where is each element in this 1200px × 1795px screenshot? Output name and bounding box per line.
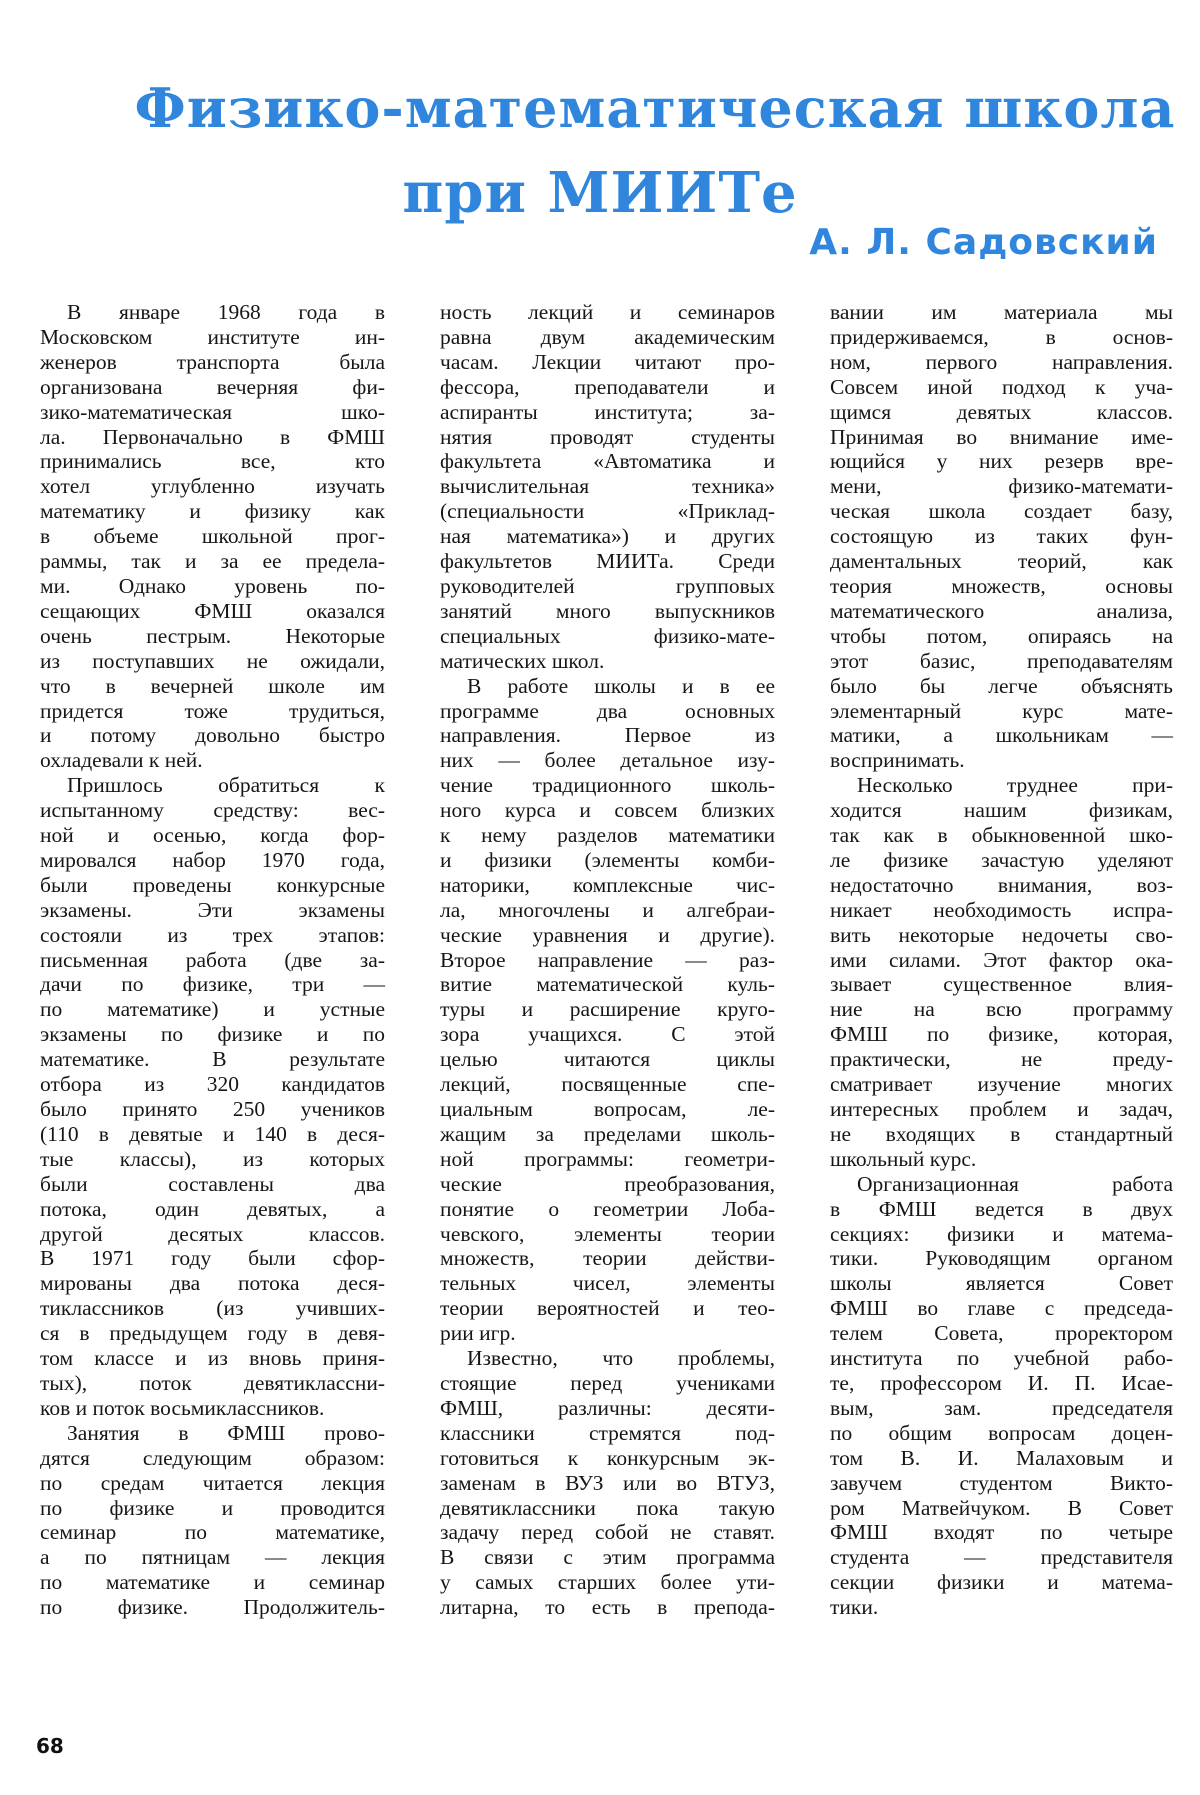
text-line: программе два основных — [440, 699, 775, 724]
text-line: Второе направление — раз- — [440, 948, 775, 973]
text-line: В работе школы и в ее — [440, 674, 775, 699]
text-line: щимся девятых классов. — [830, 400, 1173, 425]
text-line: девятиклассники пока такую — [440, 1496, 775, 1521]
text-line: письменная работа (две за- — [40, 948, 385, 973]
text-line: института по учебной рабо- — [830, 1346, 1173, 1371]
text-line: вании им материала мы — [830, 300, 1173, 325]
text-line: Известно, что проблемы, — [440, 1346, 775, 1371]
text-line: лекций, посвященные спе- — [440, 1072, 775, 1097]
text-line: было принято 250 учеников — [40, 1097, 385, 1122]
text-line: математику и физику как — [40, 499, 385, 524]
text-line: дятся следующим образом: — [40, 1446, 385, 1471]
text-line: школы является Совет — [830, 1271, 1173, 1296]
text-line: ной и осенью, когда фор- — [40, 823, 385, 848]
text-line: ФМШ по физике, которая, — [830, 1022, 1173, 1047]
text-line: ческие уравнения и другие). — [440, 923, 775, 948]
text-line: сещающих ФМШ оказался — [40, 599, 385, 624]
text-line: тых), поток девятиклассни- — [40, 1371, 385, 1396]
text-line: математике. В результате — [40, 1047, 385, 1072]
text-line: туры и расширение круго- — [440, 997, 775, 1022]
text-line: другой десятых классов. — [40, 1222, 385, 1247]
text-line: придерживаемся, в основ- — [830, 325, 1173, 350]
text-line: литарна, то есть в препода- — [440, 1595, 775, 1620]
text-line: были составлены два — [40, 1172, 385, 1197]
text-line: по средам читается лекция — [40, 1471, 385, 1496]
text-line: вым, зам. председателя — [830, 1396, 1173, 1421]
text-line: ром Матвейчуком. В Совет — [830, 1496, 1173, 1521]
article-author: А. Л. Садовский — [809, 222, 1158, 263]
text-line: понятие о геометрии Лоба- — [440, 1197, 775, 1222]
text-line: них — более детальное изу- — [440, 748, 775, 773]
text-line: руководителей групповых — [440, 574, 775, 599]
text-line: даментальных теорий, как — [830, 549, 1173, 574]
text-line: по общим вопросам доцен- — [830, 1421, 1173, 1446]
text-line: задачу перед собой не ставят. — [440, 1520, 775, 1545]
text-line: организована вечерняя фи- — [40, 375, 385, 400]
text-line: вить некоторые недочеты сво- — [830, 923, 1173, 948]
text-line: по физике. Продолжитель- — [40, 1595, 385, 1620]
text-line: ими силами. Этот фактор ока- — [830, 948, 1173, 973]
text-line: из поступавших не ожидали, — [40, 649, 385, 674]
text-column-2: ность лекций и семинаровравна двум акаде… — [440, 300, 775, 1620]
text-line: зико-математическая шко- — [40, 400, 385, 425]
text-line: воспринимать. — [830, 748, 1173, 773]
text-line: вычислительная техника» — [440, 474, 775, 499]
text-line: Организационная работа — [830, 1172, 1173, 1197]
text-line: к нему разделов математики — [440, 823, 775, 848]
text-line: тики. — [830, 1595, 1173, 1620]
text-line: ходится нашим физикам, — [830, 798, 1173, 823]
text-line: занятий много выпускников — [440, 599, 775, 624]
text-line: фессора, преподаватели и — [440, 375, 775, 400]
text-line: в объеме школьной прог- — [40, 524, 385, 549]
text-line: В январе 1968 года в — [40, 300, 385, 325]
text-line: состояли из трех этапов: — [40, 923, 385, 948]
text-line: ФМШ входят по четыре — [830, 1520, 1173, 1545]
text-line: теории вероятностей и тео- — [440, 1296, 775, 1321]
text-line: ном, первого направления. — [830, 350, 1173, 375]
text-line: женеров транспорта была — [40, 350, 385, 375]
text-line: том классе и из вновь приня- — [40, 1346, 385, 1371]
text-line: телем Совета, проректором — [830, 1321, 1173, 1346]
text-line: (110 в девятые и 140 в деся- — [40, 1122, 385, 1147]
text-line: ческая школа создает базу, — [830, 499, 1173, 524]
text-line: наторики, комплексные чис- — [440, 873, 775, 898]
text-line: чтобы потом, опираясь на — [830, 624, 1173, 649]
text-line: зора учащихся. С этой — [440, 1022, 775, 1047]
text-line: чевского, элементы теории — [440, 1222, 775, 1247]
text-line: студента — представителя — [830, 1545, 1173, 1570]
text-line: не входящих в стандартный — [830, 1122, 1173, 1147]
text-line: недостаточно внимания, воз- — [830, 873, 1173, 898]
text-line: математического анализа, — [830, 599, 1173, 624]
text-line: принимались все, кто — [40, 449, 385, 474]
text-line: направления. Первое из — [440, 723, 775, 748]
text-line: тиклассников (из учивших- — [40, 1296, 385, 1321]
text-line: специальных физико-мате- — [440, 624, 775, 649]
text-line: факультета «Автоматика и — [440, 449, 775, 474]
text-line: ков и поток восьмиклассников. — [40, 1396, 385, 1421]
text-line: тики. Руководящим органом — [830, 1246, 1173, 1271]
text-line: факультетов МИИТа. Среди — [440, 549, 775, 574]
text-line: по математике) и устные — [40, 997, 385, 1022]
text-line: (специальности «Приклад- — [440, 499, 775, 524]
text-line: Занятия в ФМШ прово- — [40, 1421, 385, 1446]
text-line: придется тоже трудиться, — [40, 699, 385, 724]
text-line: охладевали к ней. — [40, 748, 385, 773]
text-line: ческие преобразования, — [440, 1172, 775, 1197]
text-line: те, профессором И. П. Исае- — [830, 1371, 1173, 1396]
text-line: том В. И. Малаховым и — [830, 1446, 1173, 1471]
text-line: были проведены конкурсные — [40, 873, 385, 898]
text-line: экзамены по физике и по — [40, 1022, 385, 1047]
text-line: Пришлось обратиться к — [40, 773, 385, 798]
text-line: матики, а школьникам — — [830, 723, 1173, 748]
text-line: состоящую из таких фун- — [830, 524, 1173, 549]
text-line: завучем студентом Викто- — [830, 1471, 1173, 1496]
text-line: было бы легче объяснять — [830, 674, 1173, 699]
text-line: ся в предыдущем году в девя- — [40, 1321, 385, 1346]
text-line: у самых старших более ути- — [440, 1570, 775, 1595]
text-line: Несколько труднее при- — [830, 773, 1173, 798]
text-line: равна двум академическим — [440, 325, 775, 350]
text-line: ла, многочлены и алгебраи- — [440, 898, 775, 923]
text-line: семинар по математике, — [40, 1520, 385, 1545]
text-column-3: вании им материала мыпридерживаемся, в о… — [830, 300, 1173, 1620]
text-line: ле физике зачастую уделяют — [830, 848, 1173, 873]
article-title-line-1: Физико-математическая школа — [55, 76, 1200, 140]
text-line: В 1971 году были сфор- — [40, 1246, 385, 1271]
text-line: никает необходимость испра- — [830, 898, 1173, 923]
text-line: ми. Однако уровень по- — [40, 574, 385, 599]
text-line: отбора из 320 кандидатов — [40, 1072, 385, 1097]
text-line: В связи с этим программа — [440, 1545, 775, 1570]
text-column-1: В январе 1968 года вМосковском институте… — [40, 300, 385, 1620]
text-line: витие математической куль- — [440, 972, 775, 997]
text-line: тельных чисел, элементы — [440, 1271, 775, 1296]
text-line: ла. Первоначально в ФМШ — [40, 425, 385, 450]
text-line: экзамены. Эти экзамены — [40, 898, 385, 923]
text-line: рии игр. — [440, 1321, 775, 1346]
text-line: интересных проблем и задач, — [830, 1097, 1173, 1122]
text-line: Московском институте ин- — [40, 325, 385, 350]
text-line: и физики (элементы комби- — [440, 848, 775, 873]
text-line: ность лекций и семинаров — [440, 300, 775, 325]
text-line: ной программы: геометри- — [440, 1147, 775, 1172]
text-line: мени, физико-математи- — [830, 474, 1173, 499]
text-line: что в вечерней школе им — [40, 674, 385, 699]
text-line: секциях: физики и матема- — [830, 1222, 1173, 1247]
text-line: чение традиционного школь- — [440, 773, 775, 798]
text-line: зывает существенное влия- — [830, 972, 1173, 997]
text-line: испытанному средству: вес- — [40, 798, 385, 823]
text-line: в ФМШ ведется в двух — [830, 1197, 1173, 1222]
text-line: целью читаются циклы — [440, 1047, 775, 1072]
text-line: раммы, так и за ее предела- — [40, 549, 385, 574]
text-line: Совсем иной подход к уча- — [830, 375, 1173, 400]
text-line: заменам в ВУЗ или во ВТУЗ, — [440, 1471, 775, 1496]
text-line: тые классы), из которых — [40, 1147, 385, 1172]
text-line: по физике и проводится — [40, 1496, 385, 1521]
text-line: а по пятницам — лекция — [40, 1545, 385, 1570]
text-line: ФМШ во главе с председа- — [830, 1296, 1173, 1321]
text-line: потока, один девятых, а — [40, 1197, 385, 1222]
text-line: ющийся у них резерв вре- — [830, 449, 1173, 474]
text-line: мировался набор 1970 года, — [40, 848, 385, 873]
text-line: мированы два потока деся- — [40, 1271, 385, 1296]
text-line: очень пестрым. Некоторые — [40, 624, 385, 649]
text-line: ного курса и совсем близких — [440, 798, 775, 823]
text-line: секции физики и матема- — [830, 1570, 1173, 1595]
text-line: практически, не преду- — [830, 1047, 1173, 1072]
text-line: нятия проводят студенты — [440, 425, 775, 450]
text-line: дачи по физике, три — — [40, 972, 385, 997]
text-line: матических школ. — [440, 649, 775, 674]
text-line: ние на всю программу — [830, 997, 1173, 1022]
text-line: этот базис, преподавателям — [830, 649, 1173, 674]
article-title-line-2: при МИИТе — [0, 160, 1200, 226]
text-line: готовиться к конкурсным эк- — [440, 1446, 775, 1471]
text-line: стоящие перед учениками — [440, 1371, 775, 1396]
text-line: циальным вопросам, ле- — [440, 1097, 775, 1122]
page-number: 68 — [36, 1734, 64, 1758]
text-line: часам. Лекции читают про- — [440, 350, 775, 375]
text-line: так как в обыкновенной шко- — [830, 823, 1173, 848]
text-line: элементарный курс мате- — [830, 699, 1173, 724]
text-line: теория множеств, основы — [830, 574, 1173, 599]
text-line: жащим за пределами школь- — [440, 1122, 775, 1147]
text-line: школьный курс. — [830, 1147, 1173, 1172]
text-line: аспиранты института; за- — [440, 400, 775, 425]
text-line: и потому довольно быстро — [40, 723, 385, 748]
text-line: множеств, теории действи- — [440, 1246, 775, 1271]
text-line: по математике и семинар — [40, 1570, 385, 1595]
text-line: ФМШ, различны: десяти- — [440, 1396, 775, 1421]
text-line: классники стремятся под- — [440, 1421, 775, 1446]
text-line: Принимая во внимание име- — [830, 425, 1173, 450]
text-line: ная математика») и других — [440, 524, 775, 549]
text-line: хотел углубленно изучать — [40, 474, 385, 499]
text-line: сматривает изучение многих — [830, 1072, 1173, 1097]
